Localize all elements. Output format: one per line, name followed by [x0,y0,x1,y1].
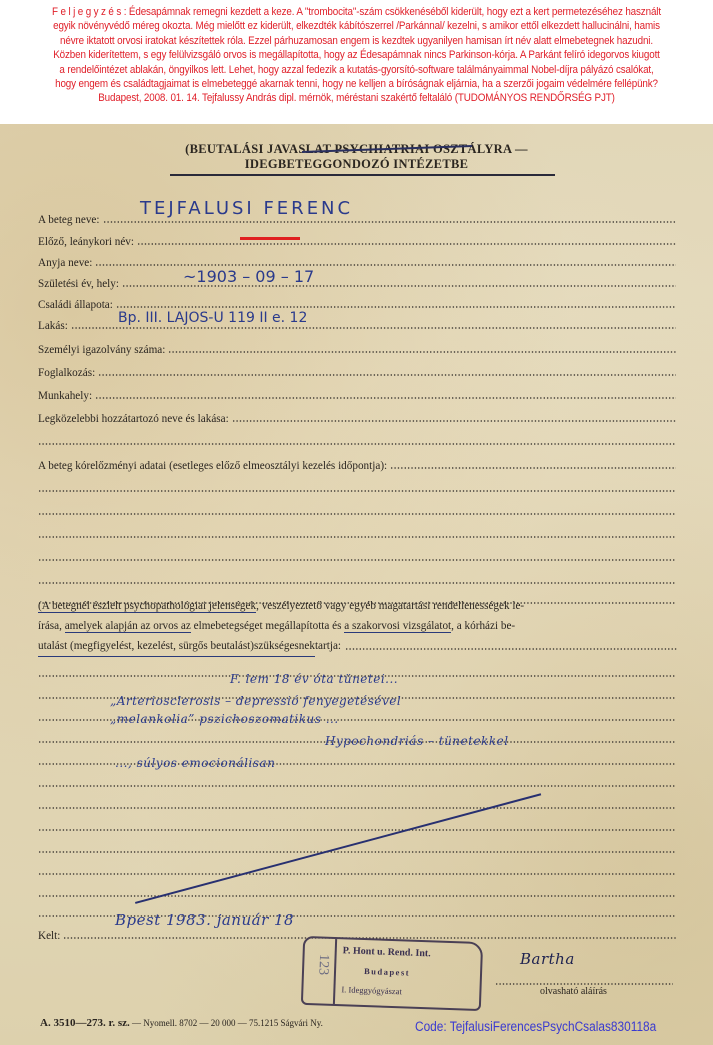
blank-line [38,774,676,790]
handwritten-note: „melankolia” pszichoszomatikus ... [110,712,339,726]
blank-line [38,432,676,448]
blank-line [38,502,676,518]
blank-line [38,796,676,812]
annotation-line: a rendelőintézet ablakán, öngyilkos lett… [25,63,688,77]
field-label: A beteg neve: [38,214,103,226]
blank-line [38,884,676,900]
field-label: Legközelebbi hozzátartozó neve és lakása… [38,413,232,425]
annotation-line: hogy engem és családtagjaimat is elmebet… [25,77,688,91]
annotation-line: névre iktatott orvosi iratokat készített… [25,34,688,48]
field-occupation: Foglalkozás: [38,363,676,379]
scanned-form: (BEUTALÁSI JAVASLAT PSYCHIATRIAI OSZTÁLY… [0,124,713,1045]
handwritten-birthdate: ~1903 – 09 – 17 [183,267,314,286]
field-label: A beteg kórelőzményi adatai (esetleges e… [38,460,390,472]
field-label: Kelt: [38,930,63,942]
symptoms-paragraph: (A betegnél észlelt psychopathológiai je… [38,596,678,657]
blank-line [38,862,676,878]
form-subtitle: IDEGBETEGGONDOZÓ INTÉZETBE [0,157,713,172]
field-mother-name: Anyja neve: [38,253,676,269]
stamp-line: I. Ideggyógyászat [341,984,402,996]
stamp-line: Budapest [364,966,410,978]
field-label: Foglalkozás: [38,367,98,379]
handwritten-note: ..., súlyos emocionálisan [115,756,275,770]
annotation-line: Közben kiderítettem, s egy felülvizsgáló… [25,48,688,62]
stamp-line: P. Hont u. Rend. Int. [343,945,431,959]
document-code: Code: TejfalusiFerencesPsychCsalas830118… [415,1019,656,1034]
handwritten-note: „Arteriosclerosis – depressió fenyegetés… [110,694,401,708]
blank-line [38,479,676,495]
stamp-number: 123 [314,954,331,976]
field-label: Lakás: [38,320,71,332]
field-label: Családi állapota: [38,299,116,311]
blank-line [38,818,676,834]
field-maiden-name: Előző, leánykori név: [38,232,676,248]
field-birth: Születési év, hely: [38,274,676,290]
title-underline [170,174,555,176]
field-workplace: Munkahely: [38,386,676,402]
field-label: Személyi igazolvány száma: [38,344,168,356]
handwritten-address: Bp. III. LAJOS-U 119 II e. 12 [118,310,307,326]
field-id-number: Személyi igazolvány száma: [38,340,676,356]
blank-line [38,525,676,541]
field-next-of-kin: Legközelebbi hozzátartozó neve és lakása… [38,409,676,425]
field-label: Előző, leánykori név: [38,236,137,248]
handwritten-note: F. lem 18 év óta tünetei... [230,672,398,686]
field-marital-status: Családi állapota: [38,295,676,311]
field-label: Születési év, hely: [38,278,122,290]
signature: Bartha [520,950,575,968]
field-history: A beteg kórelőzményi adatai (esetleges e… [38,456,676,472]
annotation-line: egyik növényvédő méreg okozta. Még mielő… [25,19,688,33]
handwritten-note: Hypochondriás – tünetekkel [325,734,509,748]
field-label: Anyja neve: [38,257,95,269]
annotation-line: F e l j e g y z é s : Édesapámnak remegn… [25,5,688,19]
field-patient-name: A beteg neve: [38,210,676,226]
signature-caption: olvasható aláírás [540,986,607,997]
handwritten-name: TEJFALUSI FERENC [140,198,353,219]
annotation-line: Budapest, 2008. 01. 14. Tejfalussy Andrá… [25,91,688,105]
annotation-note: F e l j e g y z é s : Édesapámnak remegn… [25,0,688,124]
handwritten-date: Bpest 1983. január 18 [115,911,294,929]
blank-line [38,571,676,587]
blank-line [38,548,676,564]
print-imprint: A. 3510—273. r. sz. — Nyomell. 8702 — 20… [40,1017,323,1029]
field-label: Munkahely: [38,390,95,402]
institution-stamp: 123 P. Hont u. Rend. Int. Budapest I. Id… [301,936,483,1011]
